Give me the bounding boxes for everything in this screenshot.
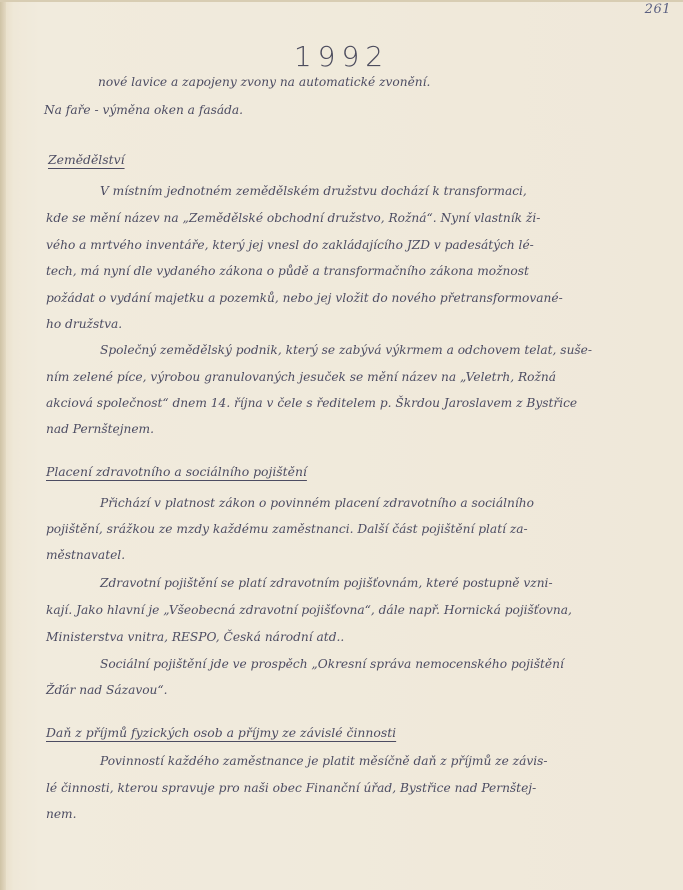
- text-line: Žďár nad Sázavou“.: [46, 683, 168, 697]
- text-line: Zdravotní pojištění se platí zdravotním …: [100, 576, 553, 590]
- text-line: kají. Jako hlavní je „Všeobecná zdravotn…: [46, 603, 572, 617]
- text-line: požádat o vydání majetku a pozemků, nebo…: [46, 291, 563, 305]
- text-line: Povinností každého zaměstnance je platit…: [100, 754, 548, 768]
- intro-line: nové lavice a zapojeny zvony na automati…: [98, 75, 430, 89]
- text-line: pojištění, srážkou ze mzdy každému zaměs…: [46, 522, 528, 536]
- text-line: nad Pernštejnem.: [46, 422, 154, 436]
- year-heading: 1992: [0, 40, 683, 73]
- text-line: ním zelené píce, výrobou granulovaných j…: [46, 370, 556, 384]
- text-line: Ministerstva vnitra, RESPO, Česká národn…: [46, 630, 344, 644]
- text-line: kde se mění název na „Zemědělské obchodn…: [46, 211, 540, 225]
- text-line: ho družstva.: [46, 317, 122, 331]
- section-heading-income-tax: Daň z příjmů fyzických osob a příjmy ze …: [46, 725, 396, 740]
- text-line: nem.: [46, 807, 77, 821]
- section-heading-agriculture: Zemědělství: [48, 152, 125, 167]
- text-line: vého a mrtvého inventáře, který jej vnes…: [46, 238, 534, 252]
- text-line: V místním jednotném zemědělském družstvu…: [100, 184, 527, 198]
- section-heading-insurance: Placení zdravotního a sociálního pojiště…: [46, 464, 307, 479]
- text-line: městnavatel.: [46, 548, 125, 562]
- text-line: Společný zemědělský podnik, který se zab…: [100, 343, 592, 357]
- page-number: 261: [645, 2, 671, 17]
- text-line: tech, má nyní dle vydaného zákona o půdě…: [46, 264, 529, 278]
- text-line: akciová společnost“ dnem 14. října v čel…: [46, 396, 577, 410]
- text-line: Sociální pojištění jde ve prospěch „Okre…: [100, 657, 564, 671]
- text-line: lé činnosti, kterou spravuje pro naši ob…: [46, 781, 536, 795]
- intro-line: Na faře - výměna oken a fasáda.: [44, 103, 243, 117]
- text-line: Přichází v platnost zákon o povinném pla…: [100, 496, 534, 510]
- handwritten-chronicle-page: 261 1992 nové lavice a zapojeny zvony na…: [0, 0, 683, 890]
